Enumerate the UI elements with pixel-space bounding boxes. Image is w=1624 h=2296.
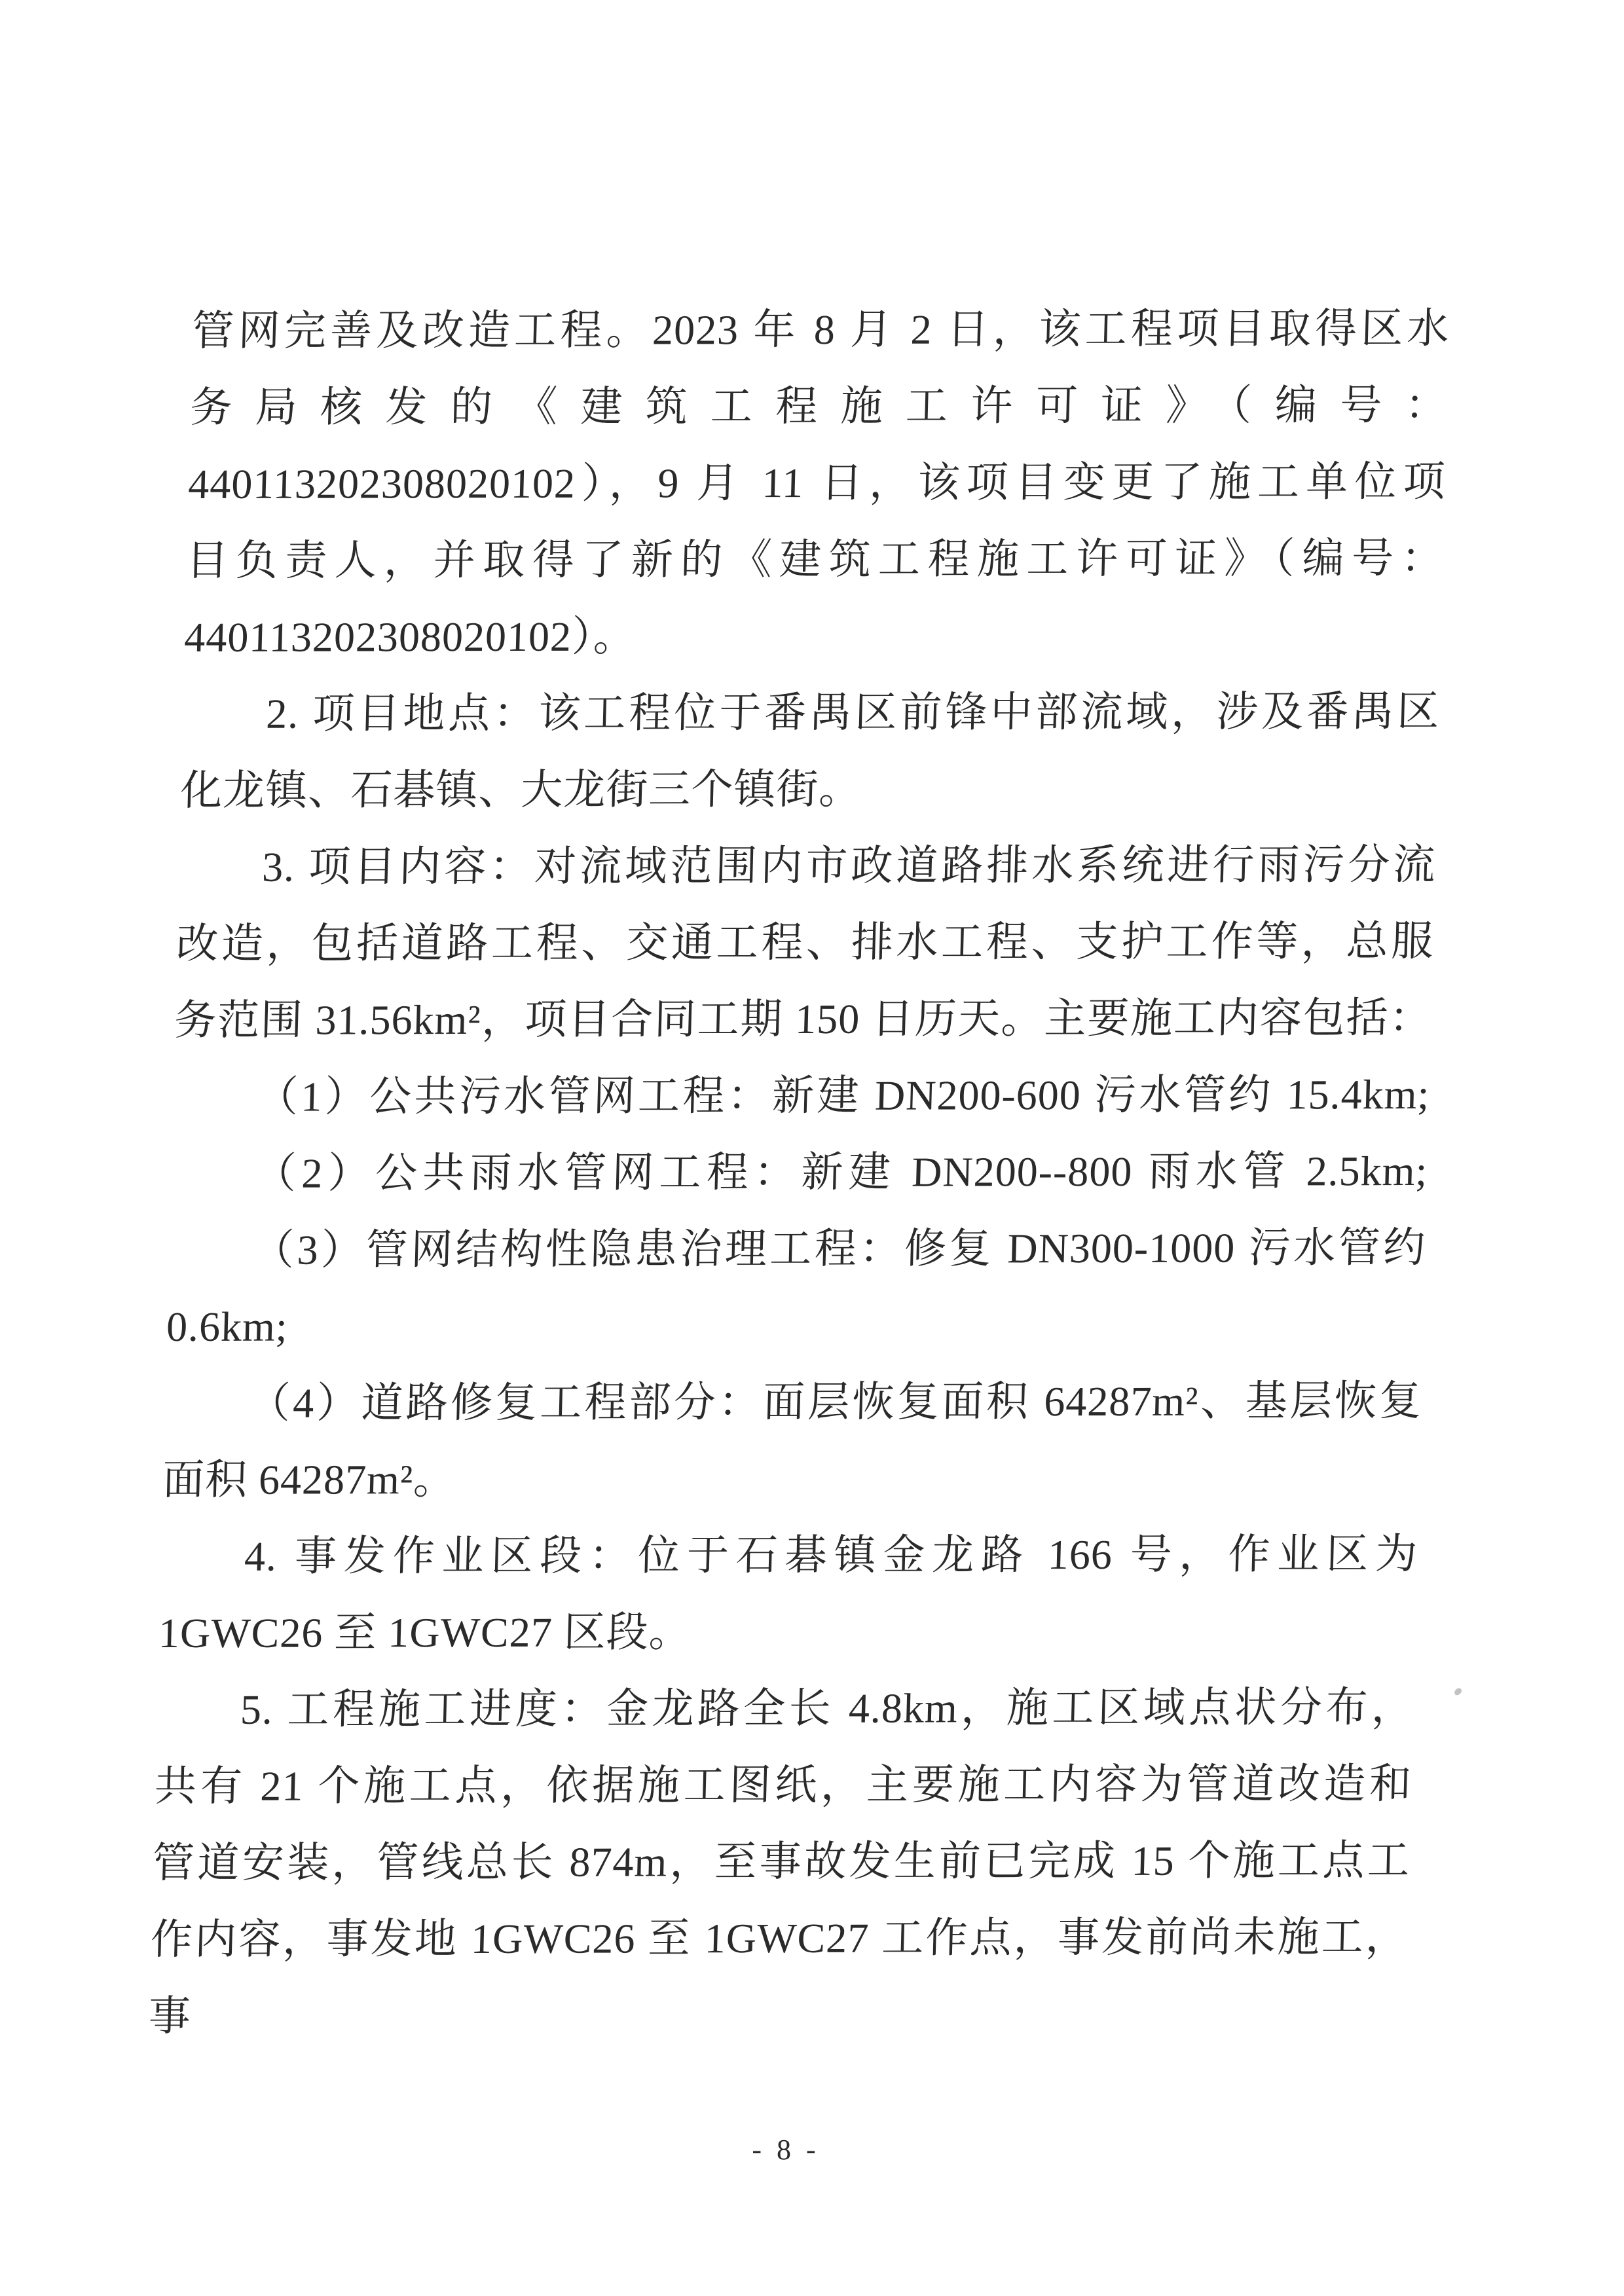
- text-line: 2. 项目地点：该工程位于番禺区前锋中部流域，涉及番禺区: [181, 673, 1441, 752]
- text-line: （2）公共雨水管网工程：新建 DN200--800 雨水管 2.5km;: [170, 1133, 1429, 1212]
- text-line: 5. 工程施工进度：金龙路全长 4.8km，施工区域点状分布，: [156, 1669, 1415, 1748]
- text-line: 改造，包括道路工程、交通工程、排水工程、支护工作等，总服: [175, 903, 1435, 982]
- text-line: （3）管网结构性隐患治理工程：修复 DN300-1000 污水管约: [168, 1209, 1427, 1288]
- document-body: 管网完善及改造工程。2023 年 8 月 2 日，该工程项目取得区水务局核发的《…: [149, 290, 1450, 1978]
- text-line: 440113202308020102）。: [183, 596, 1443, 676]
- text-line: 440113202308020102），9 月 11 日，该项目变更了施工单位项: [187, 443, 1447, 522]
- text-line: 1GWC26 至 1GWC27 区段。: [158, 1592, 1417, 1671]
- text-line: 0.6km;: [166, 1286, 1425, 1365]
- text-line: 化龙镇、石碁镇、大龙街三个镇街。: [179, 750, 1439, 829]
- text-line: 管道安装，管线总长 874m，至事故发生前已完成 15 个施工点工: [152, 1822, 1411, 1901]
- text-line: 面积 64287m²。: [162, 1439, 1421, 1518]
- scan-speck: [1453, 1687, 1462, 1697]
- text-line: 共有 21 个施工点，依据施工图纸，主要施工内容为管道改造和: [154, 1745, 1413, 1825]
- text-line: 务范围 31.56km²，项目合同工期 150 日历天。主要施工内容包括：: [174, 979, 1433, 1059]
- page-number: - 8 -: [681, 2133, 891, 2167]
- text-line: 目负责人，并取得了新的《建筑工程施工许可证》（编号：: [185, 520, 1445, 599]
- text-line: 4. 事发作业区段：位于石碁镇金龙路 166 号，作业区为: [160, 1516, 1419, 1595]
- document-page: 管网完善及改造工程。2023 年 8 月 2 日，该工程项目取得区水务局核发的《…: [0, 0, 1624, 2296]
- text-line: 作内容，事发地 1GWC26 至 1GWC27 工作点，事发前尚未施工，事: [149, 1899, 1409, 1978]
- text-line: 管网完善及改造工程。2023 年 8 月 2 日，该工程项目取得区水: [191, 290, 1450, 369]
- text-line: （1）公共污水管网工程：新建 DN200-600 污水管约 15.4km;: [172, 1056, 1431, 1135]
- text-line: 务局核发的《建筑工程施工许可证》（编号：: [189, 367, 1449, 446]
- text-line: 3. 项目内容：对流域范围内市政道路排水系统进行雨污分流: [177, 826, 1437, 905]
- text-line: （4）道路修复工程部分：面层恢复面积 64287m²、基层恢复: [164, 1362, 1423, 1442]
